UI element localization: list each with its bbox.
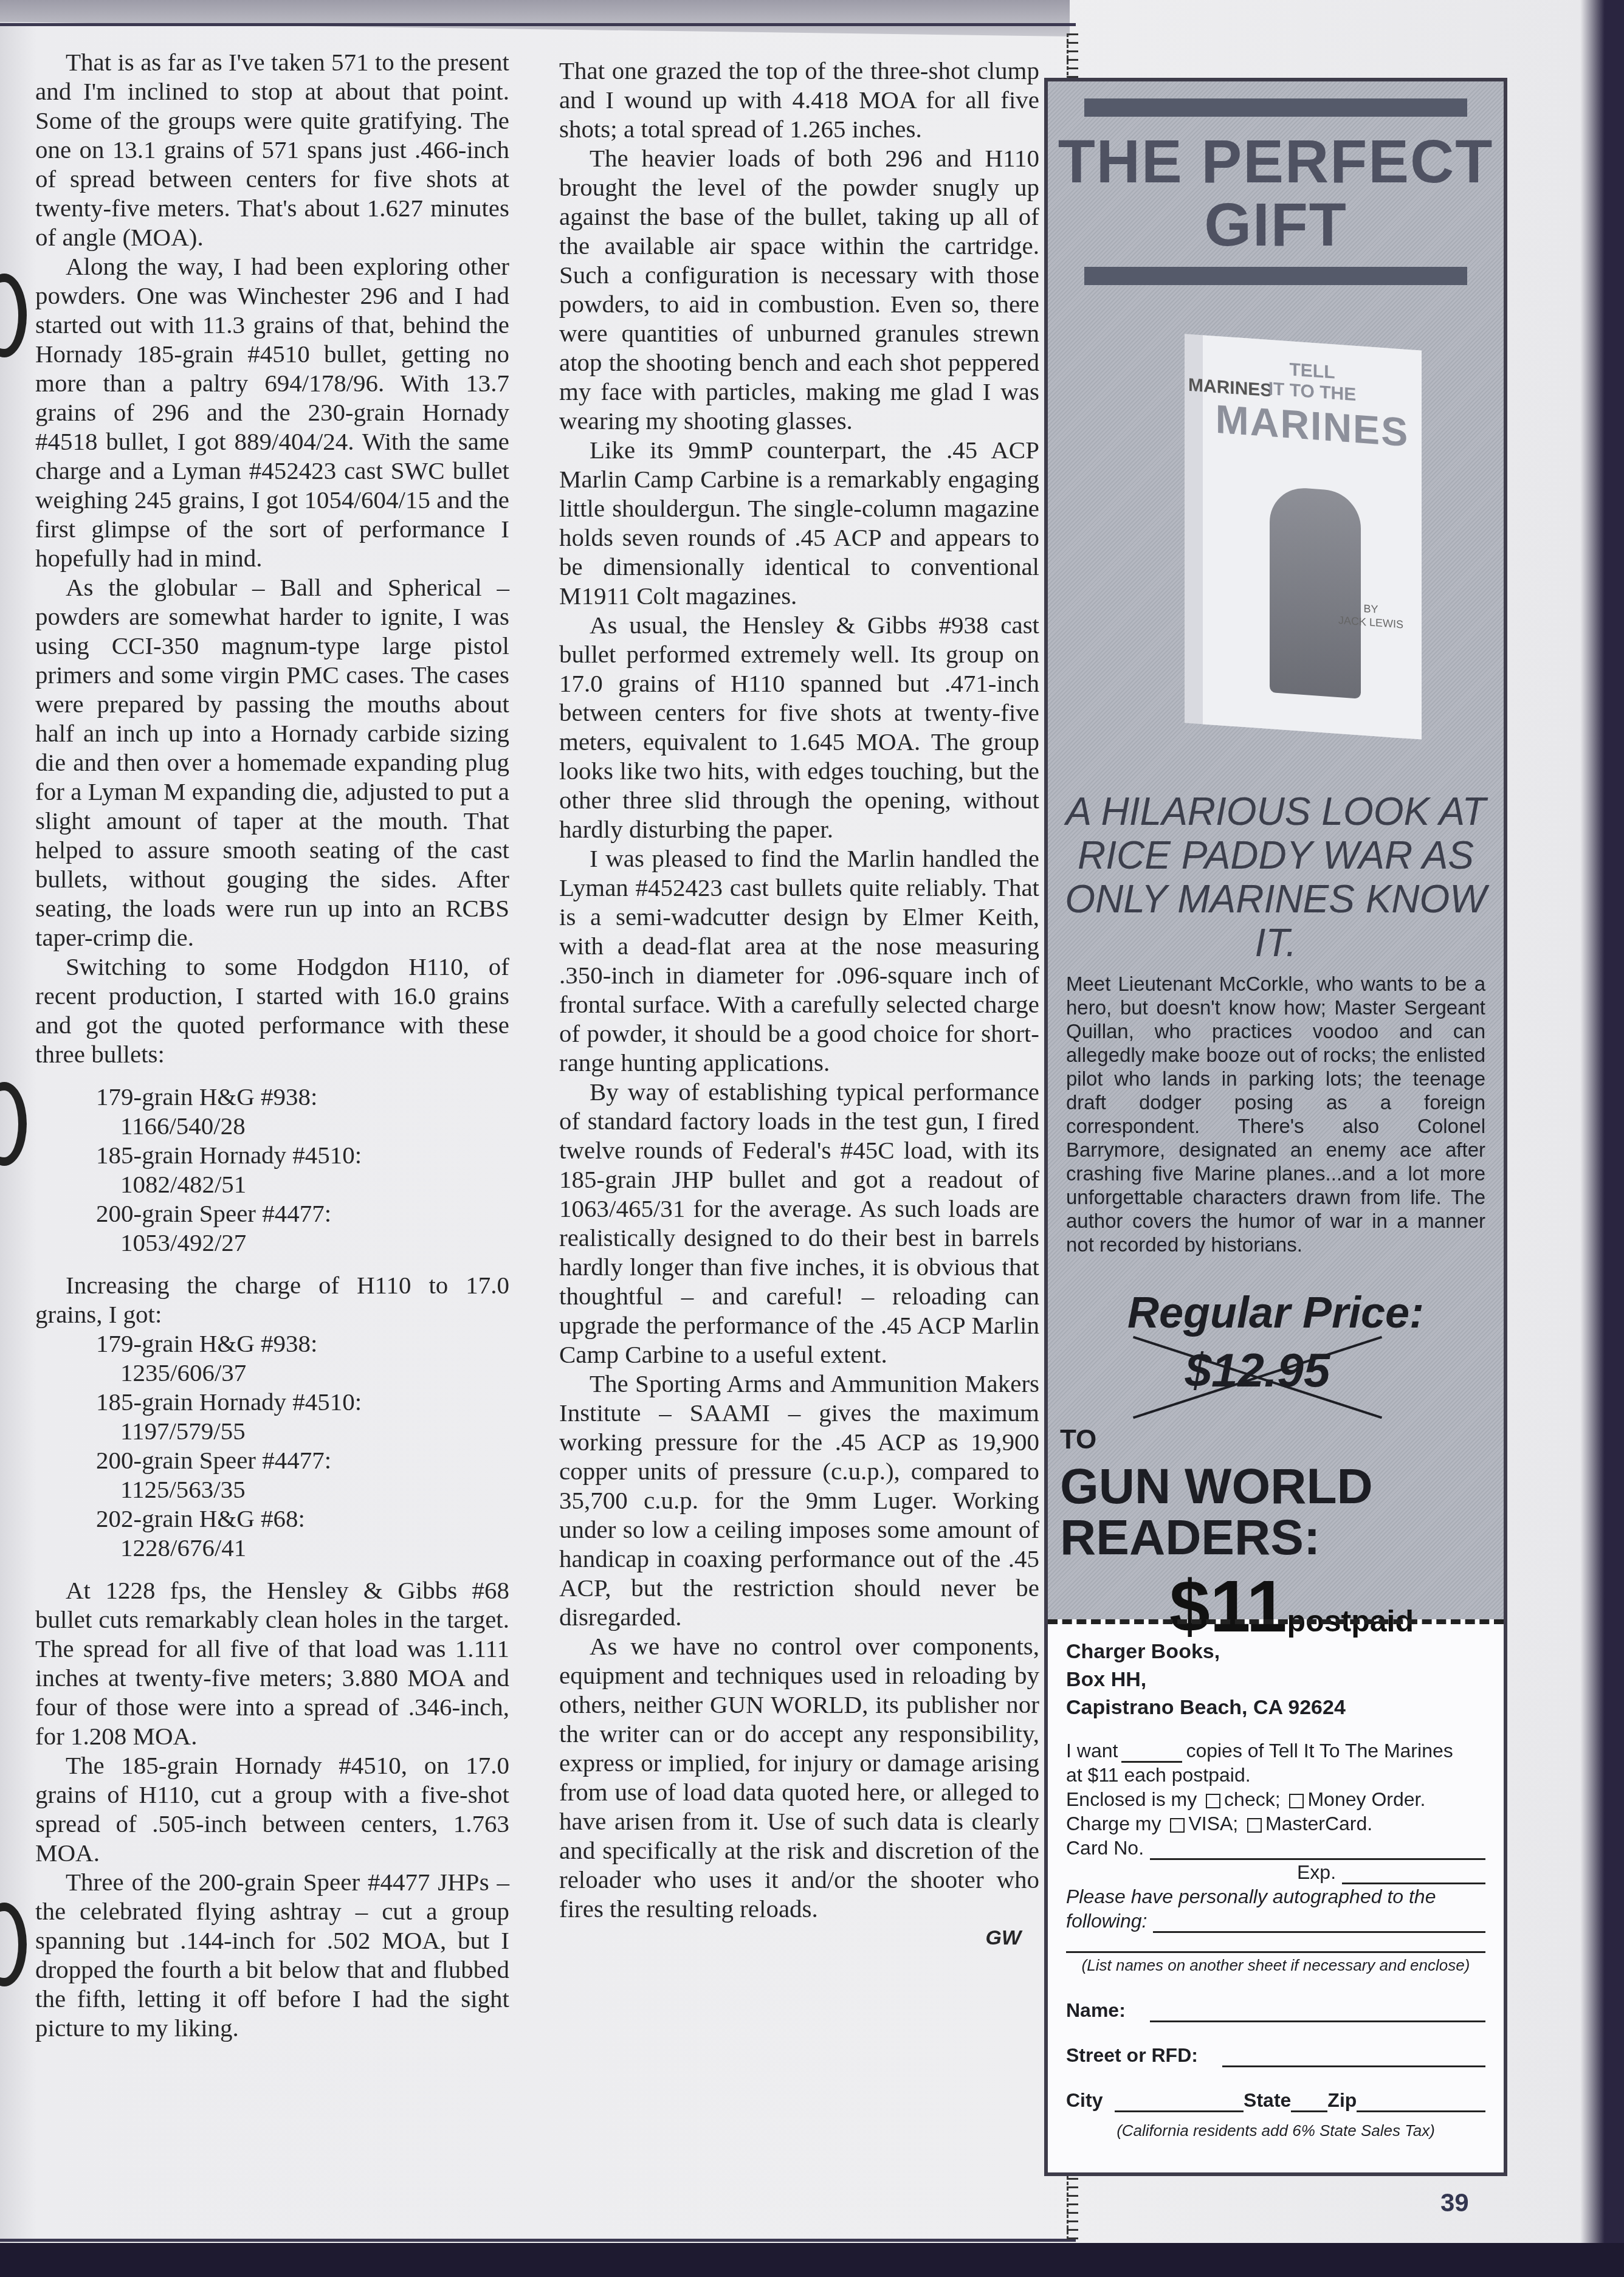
paragraph: As we have no control over components, e… [559,1631,1039,1923]
charge-card-line: Charge my VISA; MasterCard. [1066,1811,1485,1836]
paragraph: That is as far as I've taken 571 to the … [35,47,509,252]
sale-price: $11postpaid [1169,1565,1414,1648]
load-bullet: 202-grain H&G #68: [96,1504,509,1533]
money-order-checkbox[interactable] [1289,1794,1304,1808]
card-number-line: Card No. [1066,1836,1485,1860]
paragraph: Increasing the charge of H110 to 17.0 gr… [35,1270,509,1329]
visa-checkbox[interactable] [1170,1818,1185,1833]
gun-world-end-mark: GW [559,1923,1039,1952]
paragraph: Three of the 200-grain Speer #4477 JHPs … [35,1867,509,2042]
page-number: 39 [1440,2188,1469,2217]
load-data: 1125/563/35 [96,1475,509,1504]
load-data: 1082/482/51 [96,1170,509,1199]
load-bullet: 185-grain Hornady #4510: [96,1140,509,1170]
paragraph: Along the way, I had been exploring othe… [35,252,509,573]
load-bullet: 179-grain H&G #938: [96,1329,509,1358]
article-column-1: That is as far as I've taken 571 to the … [35,47,509,2042]
autograph-name-field[interactable] [1153,1913,1485,1933]
paragraph: At 1228 fps, the Hensley & Gibbs #68 bul… [35,1576,509,1751]
name-line: Name: [1066,1998,1485,2022]
book-author: BY JACK LEWIS [1338,600,1403,631]
load-bullet: 185-grain Hornady #4510: [96,1387,509,1416]
order-coupon: Charger Books, Box HH, Capistrano Beach,… [1066,1638,1485,2143]
exp-date-field[interactable] [1342,1864,1485,1884]
to-label: TO [1060,1425,1096,1455]
book-cover-figures [1270,486,1361,698]
mastercard-checkbox[interactable] [1247,1818,1262,1833]
book-spine-text: MARINES [1188,371,1200,401]
state-field[interactable] [1291,2092,1327,2112]
paragraph: As usual, the Hensley & Gibbs #938 cast … [559,610,1039,844]
street-line: Street or RFD: [1066,2043,1485,2067]
load-list-17-grains: 179-grain H&G #938: 1235/606/37 185-grai… [96,1329,509,1562]
load-bullet: 200-grain Speer #4477: [96,1199,509,1228]
coupon-cut-line [1048,1619,1504,1624]
quantity-line: I wantcopies of Tell It To The Marines [1066,1738,1485,1763]
load-data: 1053/492/27 [96,1228,509,1257]
ad-rule-bottom [1084,267,1467,285]
book-cover-image: MARINES TELL IT TO THE MARINES BY JACK L… [1203,335,1422,739]
autograph-line: following: [1066,1909,1485,1933]
exp-line: Exp. [1066,1860,1485,1884]
paragraph: The heavier loads of both 296 and H110 b… [559,143,1039,435]
zip-field[interactable] [1357,2092,1485,2112]
paragraph: That one grazed the top of the three-sho… [559,56,1039,143]
autograph-name-field-2[interactable] [1066,1933,1485,1953]
load-list-16-grains: 179-grain H&G #938: 1166/540/28 185-grai… [96,1082,509,1257]
paragraph: I was pleased to find the Marlin handled… [559,844,1039,1077]
sales-tax-note: (California residents add 6% State Sales… [1066,2118,1485,2143]
load-data: 1197/579/55 [96,1416,509,1445]
city-state-zip-line: City State Zip [1066,2088,1485,2112]
regular-price-struck: $12.95 [1139,1343,1376,1398]
ad-rule-top [1084,98,1467,117]
load-bullet: 179-grain H&G #938: [96,1082,509,1111]
ad-headline: THE PERFECT GIFT [1048,130,1504,257]
load-bullet: 200-grain Speer #4477: [96,1445,509,1475]
load-data: 1166/540/28 [96,1111,509,1140]
ad-body-text: Meet Lieutenant McCorkle, who wants to b… [1066,972,1485,1256]
regular-price-label: Regular Price: [1048,1288,1504,1338]
list-names-note: (List names on another sheet if necessar… [1066,1953,1485,1977]
name-field[interactable] [1150,2002,1485,2022]
paragraph: As the globular – Ball and Spherical – p… [35,573,509,952]
load-data: 1228/676/41 [96,1533,509,1562]
magazine-page: That is as far as I've taken 571 to the … [0,0,1624,2277]
page-edge-shadow [0,2243,1624,2277]
book-advertisement: THE PERFECT GIFT MARINES TELL IT TO THE … [1044,78,1507,2176]
mailing-address: Charger Books, Box HH, Capistrano Beach,… [1066,1638,1485,1721]
check-checkbox[interactable] [1206,1794,1220,1808]
paragraph: The Sporting Arms and Ammunition Makers … [559,1369,1039,1631]
book-title: TELL IT TO THE MARINES [1203,353,1422,456]
card-number-field[interactable] [1150,1840,1485,1860]
gun-world-readers-label: GUN WORLD READERS: [1060,1461,1373,1563]
paragraph: Like its 9mmP counterpart, the .45 ACP M… [559,435,1039,610]
ad-tagline: A HILARIOUS LOOK AT RICE PADDY WAR AS ON… [1060,790,1492,965]
article-column-2: That one grazed the top of the three-sho… [559,56,1039,1952]
paragraph: Switching to some Hodgdon H110, of recen… [35,952,509,1069]
load-data: 1235/606/37 [96,1358,509,1387]
quantity-field[interactable] [1121,1743,1182,1763]
payment-enclosed-line: Enclosed is my check; Money Order. [1066,1787,1485,1811]
city-field[interactable] [1115,2092,1244,2112]
paragraph: By way of establishing typical performan… [559,1077,1039,1369]
paragraph: The 185-grain Hornady #4510, on 17.0 gra… [35,1751,509,1867]
street-field[interactable] [1222,2047,1485,2067]
